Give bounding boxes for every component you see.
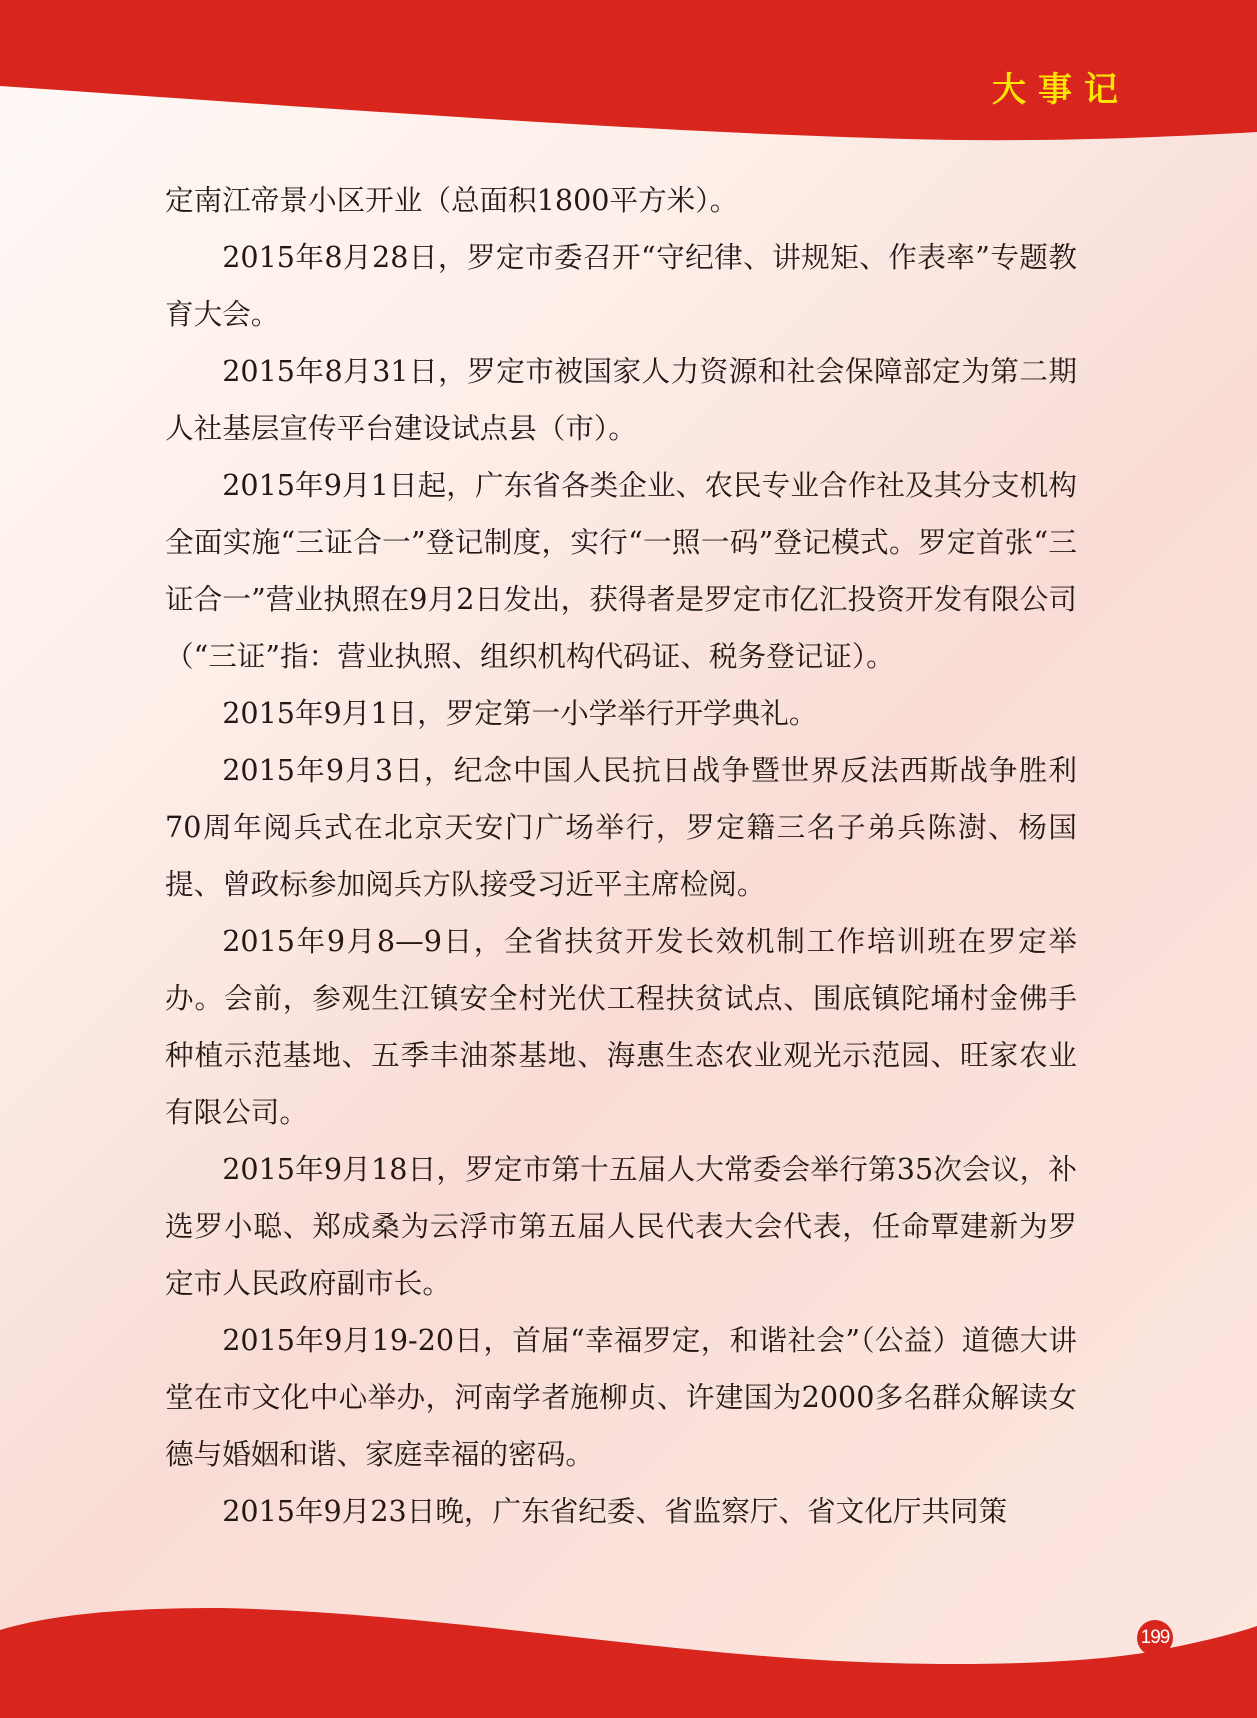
section-title: 大事记 bbox=[992, 70, 1130, 110]
paragraph: 2015年9月8—9日，全省扶贫开发长效机制工作培训班在罗定举办。会前，参观生江… bbox=[165, 913, 1077, 1141]
paragraph: 2015年8月31日，罗定市被国家人力资源和社会保障部定为第二期人社基层宣传平台… bbox=[165, 343, 1077, 457]
footer-red-band bbox=[0, 1598, 1257, 1718]
page-number-badge: 199 bbox=[1137, 1620, 1173, 1656]
paragraph: 2015年9月23日晚，广东省纪委、省监察厅、省文化厅共同策 bbox=[165, 1483, 1077, 1540]
paragraph: 2015年9月1日，罗定第一小学举行开学典礼。 bbox=[165, 685, 1077, 742]
chronicle-content: 定南江帝景小区开业（总面积1800平方米）。 2015年8月28日，罗定市委召开… bbox=[165, 172, 1077, 1540]
paragraph: 2015年9月3日，纪念中国人民抗日战争暨世界反法西斯战争胜利70周年阅兵式在北… bbox=[165, 742, 1077, 913]
paragraph: 2015年9月1日起，广东省各类企业、农民专业合作社及其分支机构全面实施“三证合… bbox=[165, 457, 1077, 685]
paragraph: 定南江帝景小区开业（总面积1800平方米）。 bbox=[165, 172, 1077, 229]
footer-wave-shape bbox=[0, 1598, 1257, 1718]
paragraph: 2015年9月18日，罗定市第十五届人大常委会举行第35次会议，补选罗小聪、郑成… bbox=[165, 1141, 1077, 1312]
paragraph: 2015年9月19-20日，首届“幸福罗定，和谐社会”（公益）道德大讲堂在市文化… bbox=[165, 1312, 1077, 1483]
paragraph: 2015年8月28日，罗定市委召开“守纪律、讲规矩、作表率”专题教育大会。 bbox=[165, 229, 1077, 343]
